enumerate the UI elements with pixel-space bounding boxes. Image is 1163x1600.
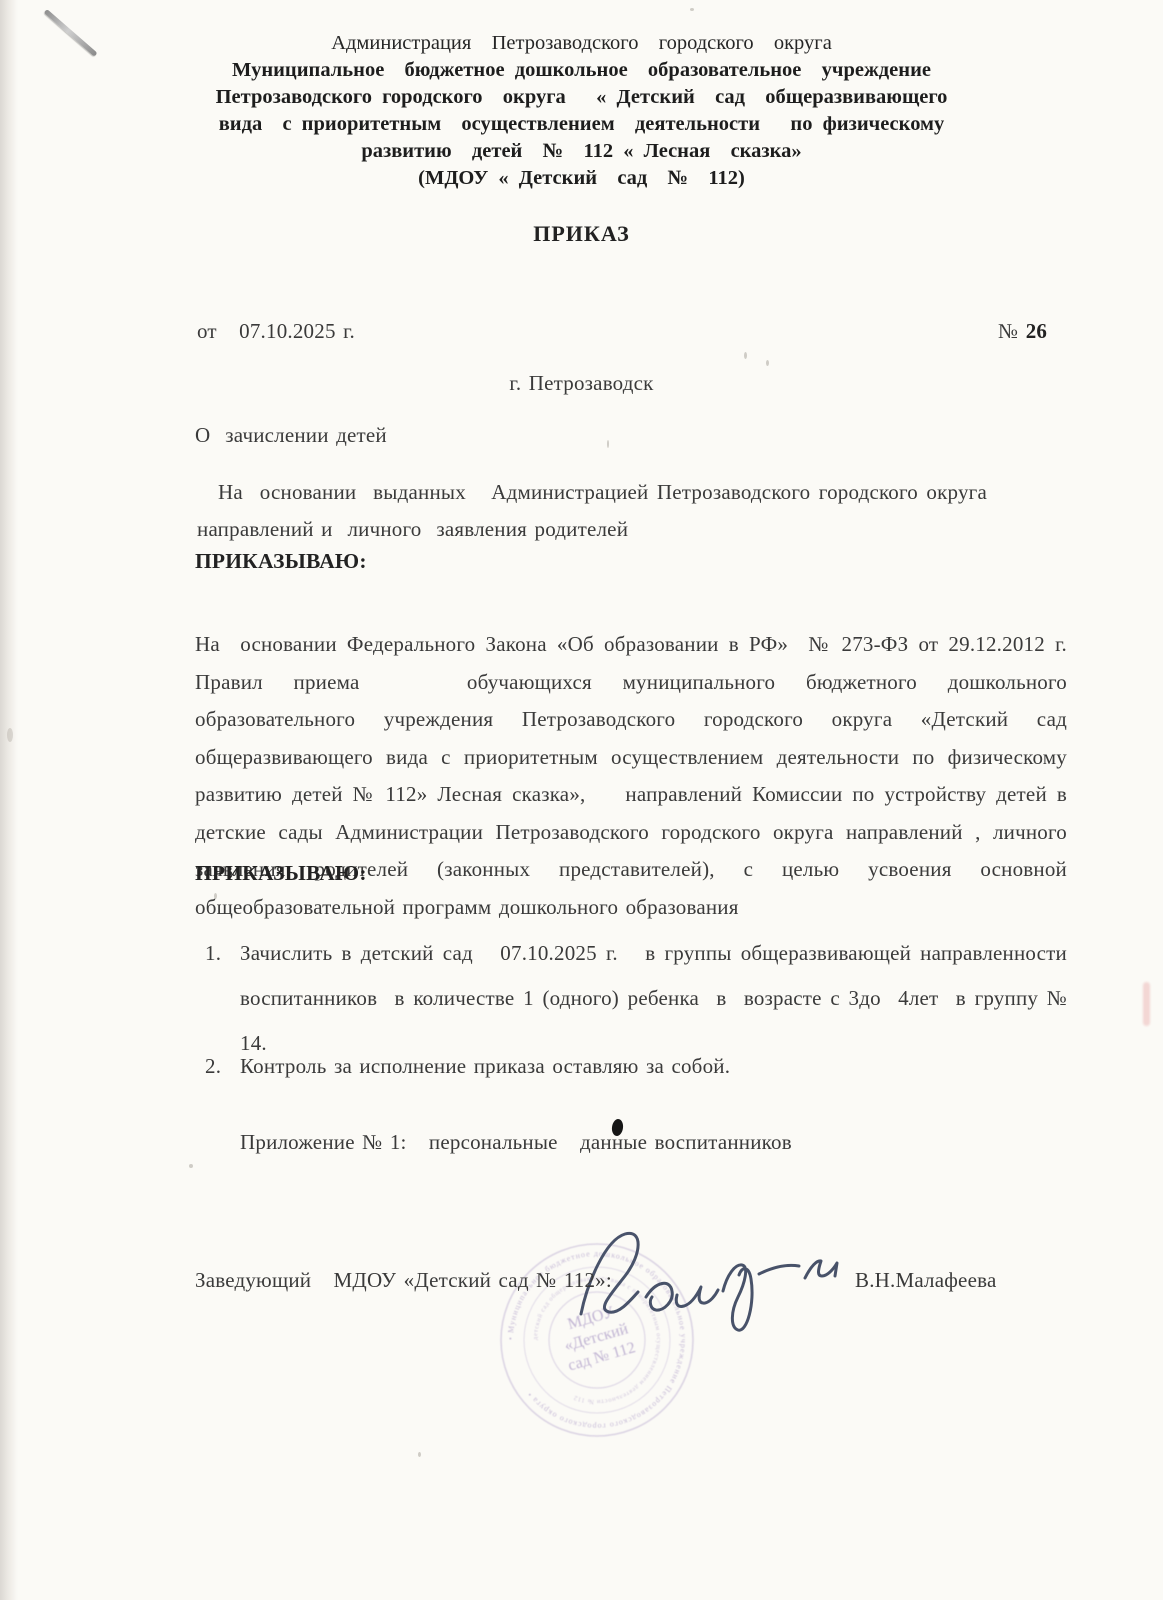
number-value: 26 xyxy=(1026,319,1047,343)
letterhead-line: развитию детей № 112 « Лесная сказка» xyxy=(0,138,1163,165)
prikazyvayu-heading-1: ПРИКАЗЫВАЮ: xyxy=(195,549,367,574)
speck xyxy=(607,440,609,448)
prikazyvayu-heading-2: ПРИКАЗЫВАЮ: xyxy=(195,861,367,886)
list-item-1: Зачислить в детский сад 07.10.2025 г. в … xyxy=(240,931,1067,1066)
order-number: № 26 xyxy=(998,319,1047,344)
list-item-2: Контроль за исполнение приказа оставляю … xyxy=(240,1054,730,1079)
basis-paragraph: На основании выданных Администрацией Пет… xyxy=(197,474,987,548)
legal-line: развитию детей № 112» Лесная сказка», на… xyxy=(195,776,1067,814)
list-item-1-number: 1. xyxy=(205,931,221,976)
speck xyxy=(690,8,694,11)
list-item-line: воспитанников в количестве 1 (одного) ре… xyxy=(240,976,1067,1021)
legal-line: общеразвивающего вида с приоритетным осу… xyxy=(195,739,1067,777)
legal-line: детские сады Администрации Петрозаводско… xyxy=(195,814,1067,852)
legal-line: образовательного учреждения Петрозаводск… xyxy=(195,701,1067,739)
letterhead: Администрация Петрозаводского городского… xyxy=(0,30,1163,192)
attachment-line: Приложение № 1: персональные данные восп… xyxy=(240,1130,792,1155)
list-item-line: Зачислить в детский сад 07.10.2025 г. в … xyxy=(240,931,1067,976)
signature-label: Заведующий МДОУ «Детский сад № 112»: xyxy=(195,1268,612,1293)
letterhead-line: Администрация Петрозаводского городского… xyxy=(0,30,1163,57)
letterhead-line: Муниципальное бюджетное дошкольное образ… xyxy=(0,57,1163,84)
list-item-2-number: 2. xyxy=(205,1054,221,1079)
legal-line: Правил приема обучающихся муниципального… xyxy=(195,664,1067,702)
letterhead-line: (МДОУ « Детский сад № 112) xyxy=(0,165,1163,192)
order-subject: О зачислении детей xyxy=(195,423,387,448)
letterhead-line: вида с приоритетным осуществлением деяте… xyxy=(0,111,1163,138)
legal-line: На основании Федерального Закона «Об обр… xyxy=(195,626,1067,664)
speck xyxy=(744,352,747,359)
speck xyxy=(766,360,769,366)
basis-line: направлений и личного заявления родителе… xyxy=(197,511,987,548)
scanned-document-page: { "header": { "line1": "Администрация\u0… xyxy=(0,0,1163,1600)
speck xyxy=(7,728,13,742)
letterhead-line: Петрозаводского городского округа « Детс… xyxy=(0,84,1163,111)
legal-line: общеобразовательной программ дошкольного… xyxy=(195,889,1067,927)
order-date: от 07.10.2025 г. xyxy=(197,319,355,344)
speck xyxy=(189,1164,193,1168)
basis-line: На основании выданных Администрацией Пет… xyxy=(197,474,987,511)
order-title: ПРИКАЗ xyxy=(0,221,1163,247)
speck xyxy=(418,1452,421,1457)
number-sign: № xyxy=(998,319,1018,343)
signature-name: В.Н.Малафеева xyxy=(855,1268,996,1293)
order-city: г. Петрозаводск xyxy=(0,371,1163,396)
pink-smear xyxy=(1143,982,1150,1026)
